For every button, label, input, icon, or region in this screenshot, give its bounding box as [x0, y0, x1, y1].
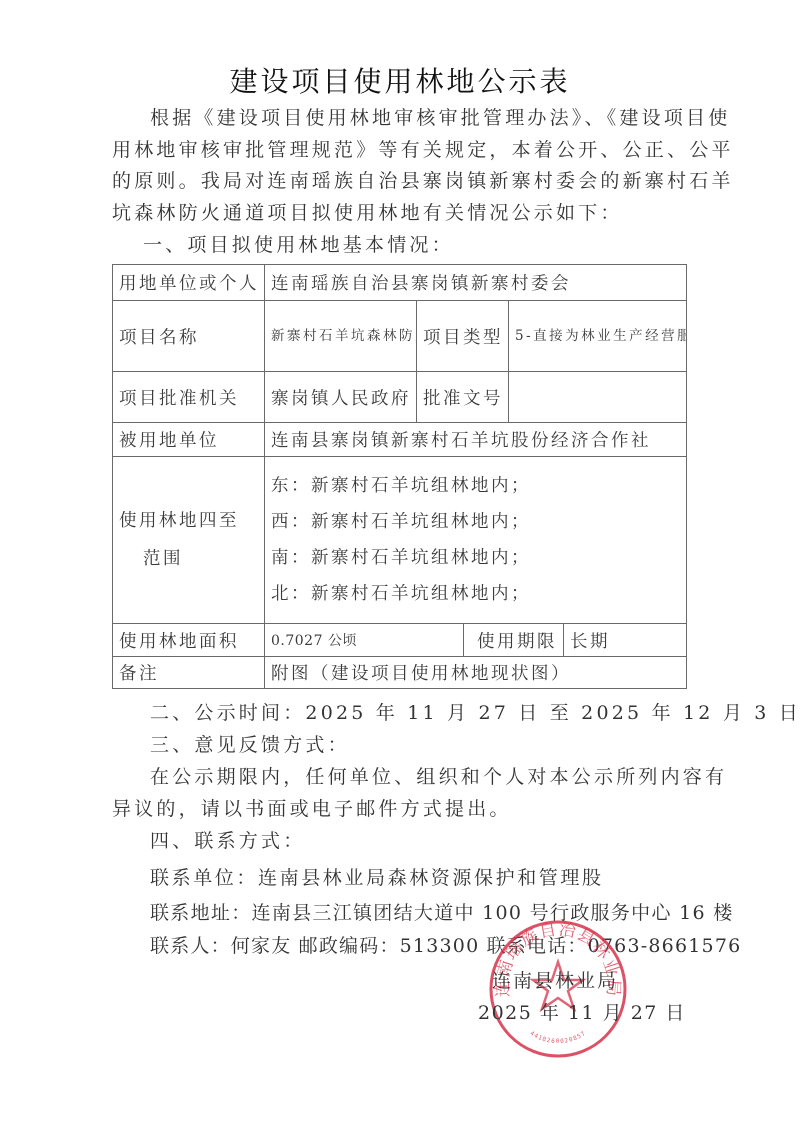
intro-line-2: 用林地审核审批管理规范》等有关规定，本着公开、公正、公平 [112, 135, 734, 162]
intro-line-1: 根据《建设项目使用林地审核审批管理办法》、《建设项目使 [150, 103, 730, 130]
table-row-area: 使用林地面积 0.7027 公顷 使用期限 长期 [113, 624, 687, 657]
applicant-value: 连南瑶族自治县寨岗镇新寨村委会 [265, 265, 687, 301]
feedback-line-1: 在公示期限内，任何单位、组织和个人对本公示所列内容有 [150, 762, 727, 789]
table-row-applicant: 用地单位或个人 连南瑶族自治县寨岗镇新寨村委会 [113, 265, 687, 301]
approval-doc-value [509, 372, 687, 423]
table-row-approval: 项目批准机关 寨岗镇人民政府 批准文号 [113, 372, 687, 423]
area-value: 0.7027 [271, 633, 323, 649]
period-value: 长期 [564, 624, 687, 657]
remarks-value: 附图（建设项目使用林地现状图） [265, 657, 687, 689]
area-label: 使用林地面积 [113, 624, 265, 657]
table-row-boundaries: 使用林地四至 范围 东：新寨村石羊坑组林地内； 西：新寨村石羊坑组林地内； 南：… [113, 457, 687, 624]
boundary-label-line-2: 范围 [119, 540, 258, 578]
table-row-land-owner: 被用地单位 连南县寨岗镇新寨村石羊坑股份经济合作社 [113, 423, 687, 457]
feedback-line-2: 异议的，请以书面或电子邮件方式提出。 [112, 794, 512, 821]
remarks-label: 备注 [113, 657, 265, 689]
intro-line-3: 的原则。我局对连南瑶族自治县寨岗镇新寨村委会的新寨村石羊 [112, 166, 734, 193]
land-owner-label: 被用地单位 [113, 423, 265, 457]
boundary-label-line-1: 使用林地四至 [119, 502, 258, 540]
land-use-info-table: 用地单位或个人 连南瑶族自治县寨岗镇新寨村委会 项目名称 新寨村石羊坑森林防火通… [112, 264, 687, 689]
approval-authority-label: 项目批准机关 [113, 372, 265, 423]
signature-issuer: 连南县林业局 [492, 966, 618, 993]
area-value-cell: 0.7027 公顷 [265, 624, 464, 657]
notice-period: 二、公示时间：2025 年 11 月 27 日 至 2025 年 12 月 3 … [150, 698, 800, 725]
approval-authority-value: 寨岗镇人民政府 [265, 372, 417, 423]
contact-address: 联系地址：连南县三江镇团结大道中 100 号行政服务中心 16 楼 [150, 898, 734, 925]
contact-heading: 四、联系方式： [150, 826, 305, 853]
period-label: 使用期限 [464, 624, 564, 657]
boundary-east: 东：新寨村石羊坑组林地内； [271, 468, 680, 504]
boundary-values: 东：新寨村石羊坑组林地内； 西：新寨村石羊坑组林地内； 南：新寨村石羊坑组林地内… [265, 457, 687, 624]
boundary-west: 西：新寨村石羊坑组林地内； [271, 504, 680, 540]
project-name-label: 项目名称 [113, 301, 265, 372]
intro-line-4: 坑森林防火通道项目拟使用林地有关情况公示如下： [112, 198, 623, 225]
feedback-heading: 三、意见反馈方式： [150, 730, 350, 757]
document-title: 建设项目使用林地公示表 [0, 60, 800, 100]
boundary-south: 南：新寨村石羊坑组林地内； [271, 540, 680, 576]
boundary-north: 北：新寨村石羊坑组林地内； [271, 576, 680, 612]
project-type-label: 项目类型 [417, 301, 509, 372]
contact-unit: 联系单位：连南县林业局森林资源保护和管理股 [150, 863, 604, 890]
land-owner-value: 连南县寨岗镇新寨村石羊坑股份经济合作社 [265, 423, 687, 457]
applicant-label: 用地单位或个人 [113, 265, 265, 301]
approval-doc-label: 批准文号 [417, 372, 509, 423]
table-row-remarks: 备注 附图（建设项目使用林地现状图） [113, 657, 687, 689]
table-row-project: 项目名称 新寨村石羊坑森林防火通道项目 项目类型 5-直接为林业生产经营服务的工… [113, 301, 687, 372]
contact-person: 联系人：何家友 邮政编码：513300 联系电话：0763-8661576 [150, 931, 741, 958]
svg-text:4418260020857: 4418260020857 [529, 1030, 588, 1045]
project-type-value: 5-直接为林业生产经营服务的工程设施项目 [509, 301, 687, 372]
project-name-value: 新寨村石羊坑森林防火通道项目 [265, 301, 417, 372]
section-1-heading: 一、项目拟使用林地基本情况： [143, 230, 454, 257]
area-unit: 公顷 [328, 633, 357, 649]
boundary-label: 使用林地四至 范围 [113, 457, 265, 624]
signature-date: 2025 年 11 月 27 日 [478, 998, 686, 1025]
